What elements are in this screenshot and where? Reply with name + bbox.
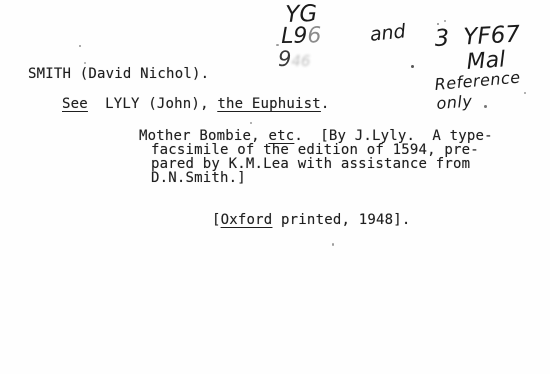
see-reference-line: See LYLY (John), the Euphuist. <box>62 97 330 111</box>
heading-author: SMITH (David Nichol). <box>28 67 209 81</box>
note-line-1: Mother Bombie, etc. [By J.Lyly. A type- <box>139 129 493 143</box>
imprint-line: [Oxford printed, 1948]. <box>212 213 410 227</box>
handwritten-and: and <box>369 22 407 45</box>
see-reference-euphuist: the Euphuist <box>217 96 321 112</box>
ink-speck <box>84 62 86 64</box>
shelfmark-left-line3-digit: 9 <box>278 47 291 71</box>
note-line-3: pared by K.M.Lea with assistance from <box>151 157 470 171</box>
shelfmark-left-line2-faded: 6 <box>307 23 321 48</box>
note-line-2: facsimile of the edition of 1594, pre- <box>151 143 479 157</box>
imprint-rest: printed, 1948]. <box>272 212 410 228</box>
see-reference-middle: LYLY (John), <box>88 96 217 112</box>
shelfmark-left-line3-smudge: 46 <box>291 52 310 70</box>
reference-note-line2: only <box>436 93 473 111</box>
shelfmark-left-line2: L96 <box>281 25 322 48</box>
see-reference-period: . <box>321 96 330 112</box>
note-line-4: D.N.Smith.] <box>151 171 246 185</box>
ink-speck <box>437 23 439 25</box>
shelfmark-left-line2-dark: L9 <box>281 24 308 49</box>
ink-speck <box>250 122 252 124</box>
ink-speck <box>524 92 526 94</box>
shelfmark-right-line1: 3 YF67 <box>434 24 521 51</box>
ink-speck <box>444 20 446 22</box>
see-label: See <box>62 96 88 112</box>
ink-speck <box>484 105 487 108</box>
ink-speck <box>411 65 414 68</box>
reference-note-line1: Reference <box>434 69 521 92</box>
imprint-open-bracket: [ <box>212 212 221 228</box>
ink-speck <box>276 44 279 46</box>
imprint-oxford: Oxford <box>221 212 273 228</box>
ink-speck <box>79 45 81 47</box>
shelfmark-left-line3: 946 <box>278 49 310 70</box>
ink-speck <box>332 243 334 246</box>
catalog-card: YG L96 946 and 3 YF67 Mal Reference only… <box>0 0 550 374</box>
